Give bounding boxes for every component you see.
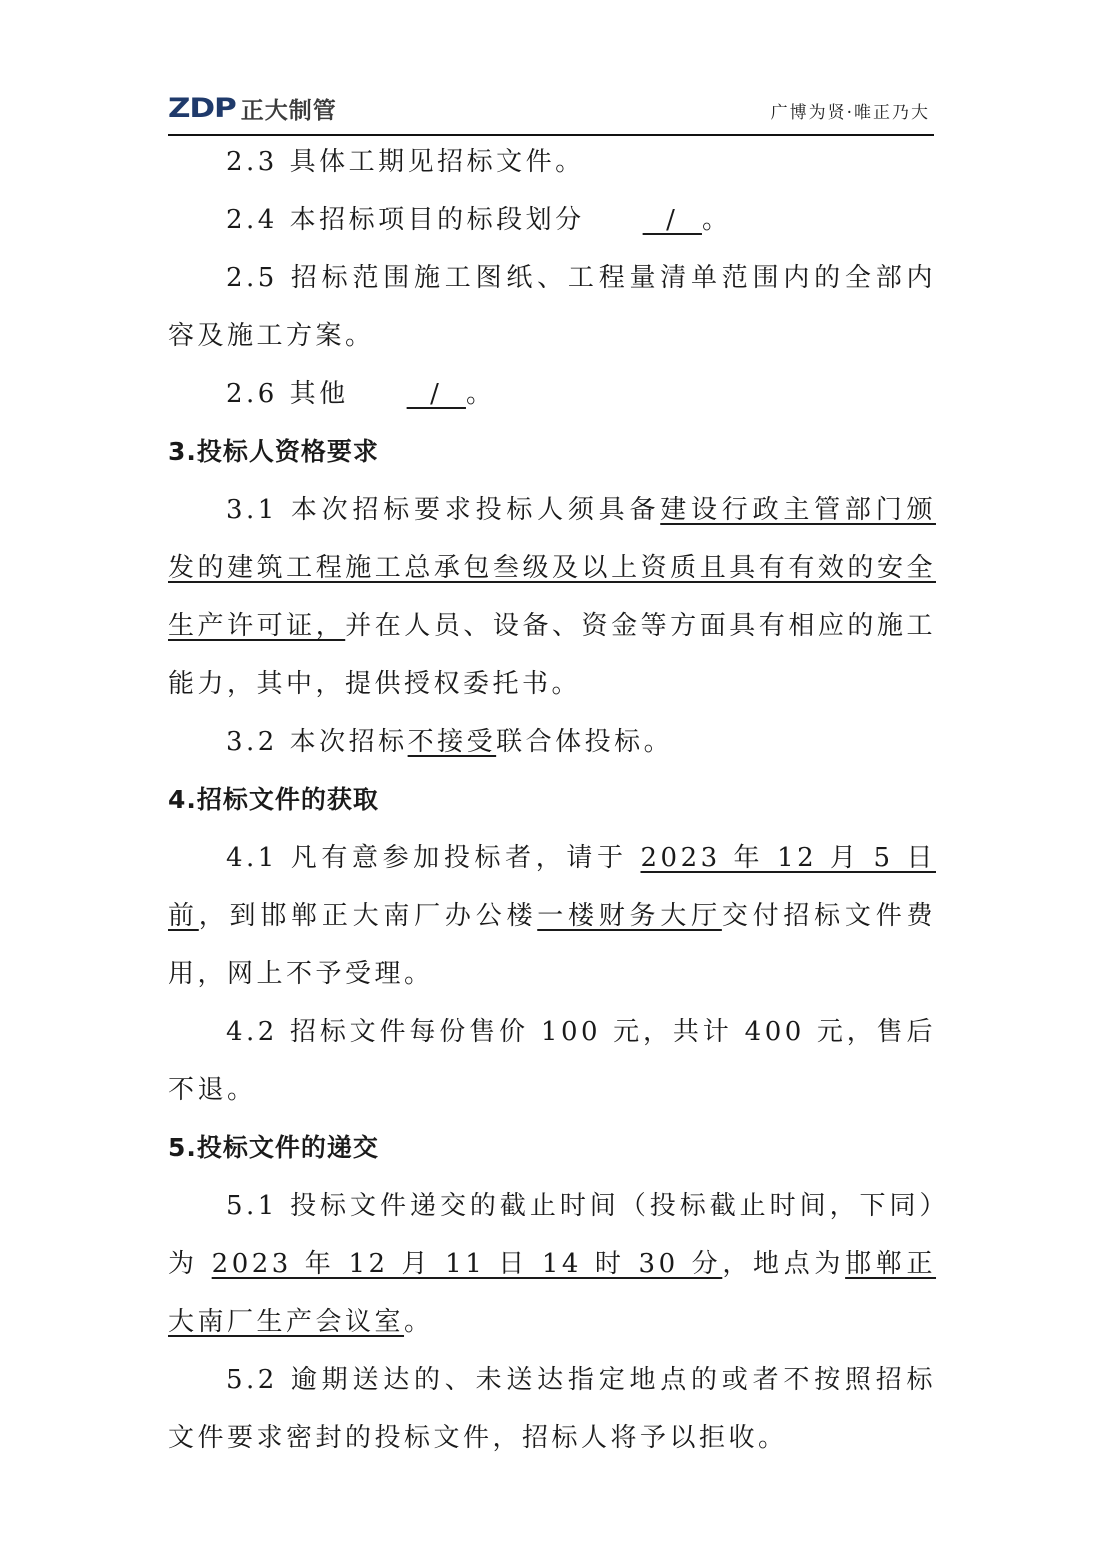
paragraph-2-3: 2.3 具体工期见招标文件。	[168, 133, 936, 191]
paragraph-2-6: 2.6 其他 / 。	[168, 365, 936, 423]
paragraph-3-1: 3.1 本次招标要求投标人须具备建设行政主管部门颁发的建筑工程施工总承包叁级及以…	[168, 481, 936, 713]
payment-location: 一楼财务大厅	[537, 901, 722, 931]
text: 。	[466, 379, 496, 409]
underlined-text: 不接受	[408, 727, 497, 757]
section-heading-4: 4.招标文件的获取	[168, 771, 936, 829]
logo-company-name: 正大制管	[241, 92, 337, 125]
paragraph-5-2: 5.2 逾期送达的、未送达指定地点的或者不按照招标文件要求密封的投标文件，招标人…	[168, 1351, 936, 1467]
paragraph-3-2: 3.2 本次招标不接受联合体投标。	[168, 713, 936, 771]
logo-mark: ZDP	[168, 93, 236, 124]
paragraph-4-2: 4.2 招标文件每份售价 100 元，共计 400 元，售后不退。	[168, 1003, 936, 1119]
text: 2.4 本招标项目的标段划分	[226, 205, 585, 235]
text: 3.1 本次招标要求投标人须具备	[226, 495, 660, 525]
paragraph-2-4: 2.4 本招标项目的标段划分 / 。	[168, 191, 936, 249]
paragraph-2-5: 2.5 招标范围施工图纸、工程量清单范围内的全部内容及施工方案。	[168, 249, 936, 365]
text: ，地点为	[722, 1249, 845, 1279]
text: 3.2 本次招标	[226, 727, 408, 757]
text: 联合体投标。	[496, 727, 673, 757]
fill-blank: /	[349, 365, 466, 423]
section-heading-3: 3.投标人资格要求	[168, 423, 936, 481]
fill-blank: /	[585, 191, 702, 249]
company-logo: ZDP 正大制管	[168, 92, 337, 125]
paragraph-4-1: 4.1 凡有意参加投标者，请于 2023 年 12 月 5 日前，到邯郸正大南厂…	[168, 829, 936, 1003]
text: 4.1 凡有意参加投标者，请于	[226, 843, 641, 873]
company-slogan: 广博为贤·唯正乃大	[771, 98, 930, 123]
paragraph-5-1: 5.1 投标文件递交的截止时间（投标截止时间，下同）为 2023 年 12 月 …	[168, 1177, 936, 1351]
text: 。	[702, 205, 732, 235]
text: 2.6 其他	[226, 379, 349, 409]
text: 。	[404, 1307, 434, 1337]
text: ，到邯郸正大南厂办公楼	[199, 901, 537, 931]
page-header: ZDP 正大制管 广博为贤·唯正乃大	[168, 88, 934, 136]
section-heading-5: 5.投标文件的递交	[168, 1119, 936, 1177]
submission-deadline: 2023 年 12 月 11 日 14 时 30 分	[212, 1249, 723, 1279]
document-body: 2.3 具体工期见招标文件。 2.4 本招标项目的标段划分 / 。 2.5 招标…	[168, 133, 936, 1467]
